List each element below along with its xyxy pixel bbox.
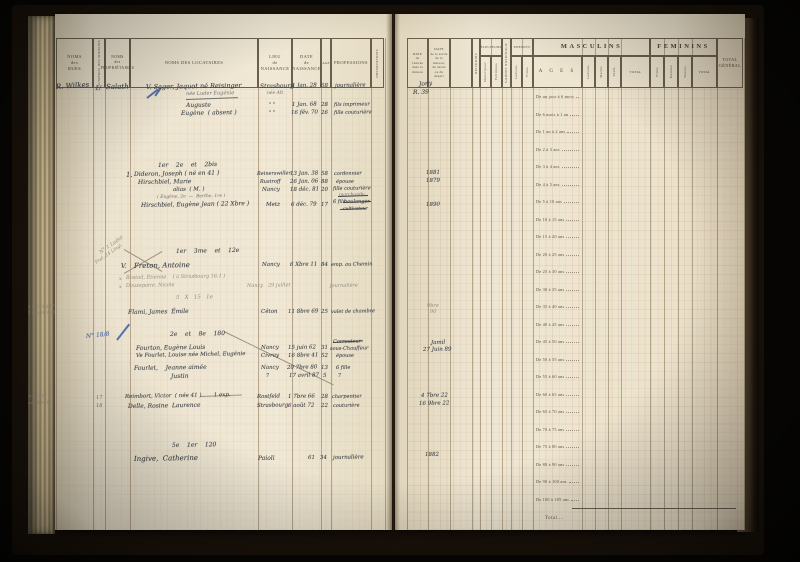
- age-row: De 10 à 15 ans: [534, 211, 582, 229]
- subcol-fem-filles: Filles: [650, 56, 664, 88]
- age-row: De 50 à 55 ans: [534, 351, 582, 369]
- subcol-fem-veuves: Veuves: [678, 56, 692, 88]
- age-row: De 45 à 50 ans: [534, 333, 582, 351]
- group-header-masculins: MASCULINS: [533, 38, 650, 56]
- age-row: De 55 à 60 ans: [534, 368, 582, 386]
- age-row: De 1 an à 2 ans: [534, 123, 582, 141]
- book-gutter-shadow: [386, 14, 400, 530]
- age-row: De 65 à 70 ans: [534, 403, 582, 421]
- right-table-header: DATE de l'entrée dans la maison DATE de …: [395, 38, 745, 88]
- subcol-fem-total: TOTAL: [692, 56, 717, 88]
- col-header-religions: RELIGIONS: [472, 38, 480, 88]
- col-header-date-sortie: DATE de la sortie de la maison, du décès…: [428, 38, 450, 88]
- total-row-label: Total....: [545, 516, 564, 521]
- age-row: De 5 à 10 ans: [534, 193, 582, 211]
- col-header-gardes-nationaux: GARDES NATIONAUX: [502, 38, 511, 88]
- age-brackets-column: De un jour à 6 moisDe 6 mois à 1 anDe 1 …: [534, 88, 582, 508]
- col-header-age: AGE: [321, 38, 331, 88]
- age-row: De 3 à 4 ans: [534, 158, 582, 176]
- group-header-enfants: ENFANTS: [511, 38, 533, 56]
- left-page: NOMS des RUES NUMÉROS DES MAISONS NOMS d…: [55, 14, 392, 530]
- age-row: De 15 à 20 ans: [534, 228, 582, 246]
- group-header-electeurs: ÉLECTEURS: [480, 38, 502, 56]
- col-header-total-general: TOTAL GÉNÉRAL: [717, 38, 743, 88]
- register-photograph: NOMS des RUES NUMÉROS DES MAISONS NOMS d…: [0, 0, 800, 562]
- age-row: De 75 à 80 ans: [534, 438, 582, 456]
- col-header-lieu-naissance: LIEU de NAISSANCE: [258, 38, 292, 88]
- subcol-enfants-garcons: Garçons: [511, 56, 522, 88]
- subcol-masc-veufs: Veufs: [608, 56, 621, 88]
- age-row: De 80 à 90 ans: [534, 456, 582, 474]
- age-row: De 40 à 45 ans: [534, 316, 582, 334]
- age-row: De 6 mois à 1 an: [534, 106, 582, 124]
- col-header-proprietaires: NOMS des PROPRIÉTAIRES: [105, 38, 130, 88]
- col-header-date-entree: DATE de l'entrée dans la maison: [407, 38, 428, 88]
- subcol-electeurs-politiques: Politiques: [491, 56, 502, 88]
- col-header-observations: OBSERVATIONS: [371, 38, 384, 88]
- col-header-blank: [450, 38, 472, 88]
- subcol-electeurs-municipaux: Municipaux: [480, 56, 491, 88]
- subcol-fem-mariees: Mariées: [664, 56, 678, 88]
- left-table-columns: [55, 38, 392, 530]
- group-header-feminins: FEMININS: [650, 38, 717, 56]
- page-edge-stack-left: [28, 16, 55, 534]
- age-row: De 2 à 3 ans: [534, 141, 582, 159]
- subcol-masc-maries: Mariés: [595, 56, 608, 88]
- age-row: De 60 à 65 ans: [534, 386, 582, 404]
- subcol-masc-garcons: Garçons: [582, 56, 595, 88]
- age-row: De 25 à 30 ans: [534, 263, 582, 281]
- subcol-enfants-filles: Filles: [522, 56, 533, 88]
- col-header-locataires: NOMS DES LOCATAIRES: [130, 38, 258, 88]
- right-page: DATE de l'entrée dans la maison DATE de …: [395, 14, 745, 530]
- age-row: De 90 à 100 ans: [534, 473, 582, 491]
- col-header-professions: PROFESSIONS: [331, 38, 371, 88]
- age-row: De 30 à 35 ans: [534, 281, 582, 299]
- age-row: De 20 à 25 ans: [534, 246, 582, 264]
- col-header-noms-rues: NOMS des RUES: [56, 38, 93, 88]
- age-row: De un jour à 6 mois: [534, 88, 582, 106]
- age-row: De 100 à 105 ans: [534, 491, 582, 509]
- subcol-masc-total: TOTAL: [621, 56, 650, 88]
- subcol-ages: A G E S: [533, 56, 582, 88]
- col-header-date-naissance: DATE de NAISSANCE: [292, 38, 321, 88]
- age-row: De 70 à 75 ans: [534, 421, 582, 439]
- age-row: De 35 à 40 ans: [534, 298, 582, 316]
- age-row: De 4 à 5 ans: [534, 176, 582, 194]
- left-table-header: NOMS des RUES NUMÉROS DES MAISONS NOMS d…: [55, 38, 392, 88]
